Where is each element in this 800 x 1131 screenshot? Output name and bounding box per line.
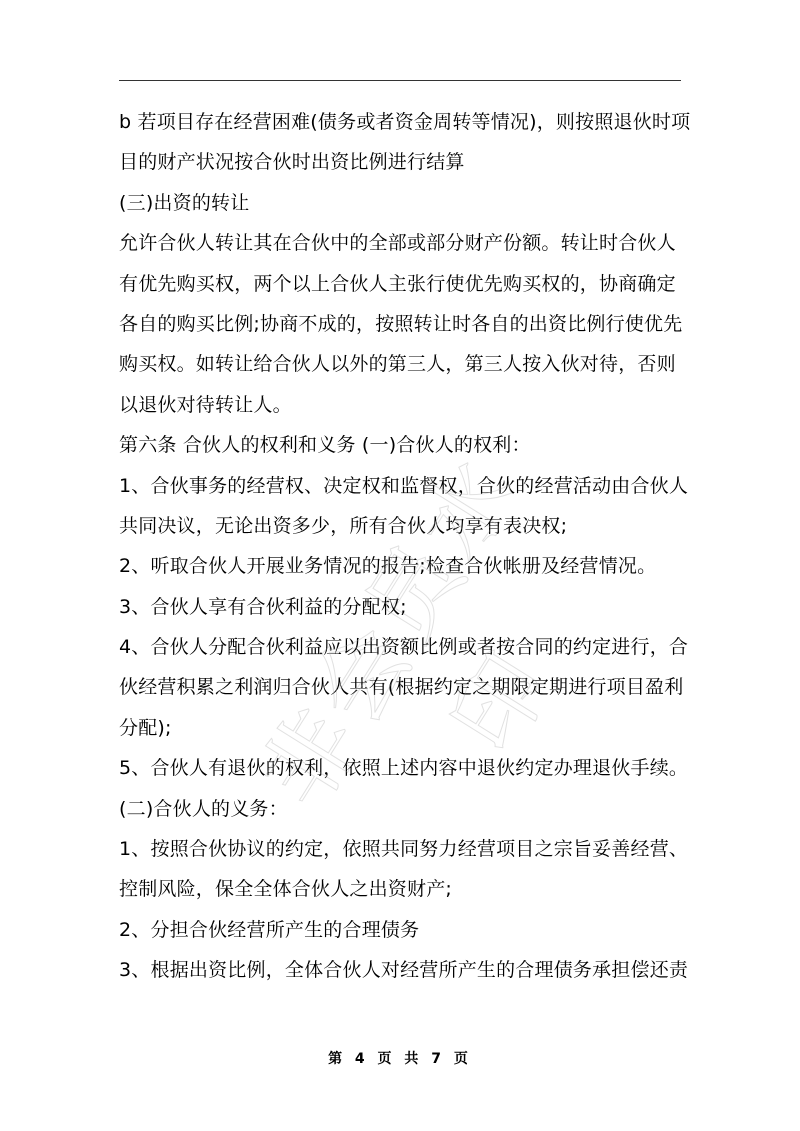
text-line: 3、根据出资比例，全体合伙人对经营所产生的合理债务承担偿还责 [119, 950, 689, 990]
text-line: 分配); [119, 708, 689, 748]
text-line: 有优先购买权，两个以上合伙人主张行使优先购买权的，协商确定 [119, 264, 689, 304]
page-number: 第 4 页 共 7 页 [0, 1048, 800, 1068]
text-line: b 若项目存在经营困难(债务或者资金周转等情况)，则按照退伙时项 [119, 102, 689, 142]
article-heading: 第六条 合伙人的权利和义务 (一)合伙人的权利： [119, 425, 689, 465]
text-line: 2、听取合伙人开展业务情况的报告;检查合伙帐册及经营情况。 [119, 546, 689, 586]
text-line: 3、合伙人享有合伙利益的分配权; [119, 587, 689, 627]
text-line: 4、合伙人分配合伙利益应以出资额比例或者按合同的约定进行，合 [119, 627, 689, 667]
text-line: 各自的购买比例;协商不成的，按照转让时各自的出资比例行使优先 [119, 304, 689, 344]
section-heading: (三)出资的转让 [119, 183, 689, 223]
text-line: 2、分担合伙经营所产生的合理债务 [119, 910, 689, 950]
document-body: b 若项目存在经营困难(债务或者资金周转等情况)，则按照退伙时项 目的财产状况按… [119, 102, 689, 991]
text-line: 购买权。如转让给合伙人以外的第三人，第三人按入伙对待，否则 [119, 344, 689, 384]
text-line: 以退伙对待转让人。 [119, 385, 689, 425]
text-line: 目的财产状况按合伙时出资比例进行结算 [119, 142, 689, 182]
text-line: 1、按照合伙协议的约定，依照共同努力经营项目之宗旨妥善经营、 [119, 829, 689, 869]
text-line: 伙经营积累之利润归合伙人共有(根据约定之期限定期进行项目盈利 [119, 667, 689, 707]
text-line: 允许合伙人转让其在合伙中的全部或部分财产份额。转让时合伙人 [119, 223, 689, 263]
text-line: 控制风险，保全全体合伙人之出资财产; [119, 869, 689, 909]
section-heading: (二)合伙人的义务： [119, 789, 689, 829]
text-line: 共同决议，无论出资多少，所有合伙人均享有表决权; [119, 506, 689, 546]
text-line: 5、合伙人有退伙的权利，依照上述内容中退伙约定办理退伙手续。 [119, 748, 689, 788]
text-line: 1、合伙事务的经营权、决定权和监督权，合伙的经营活动由合伙人 [119, 466, 689, 506]
header-divider [119, 80, 681, 81]
